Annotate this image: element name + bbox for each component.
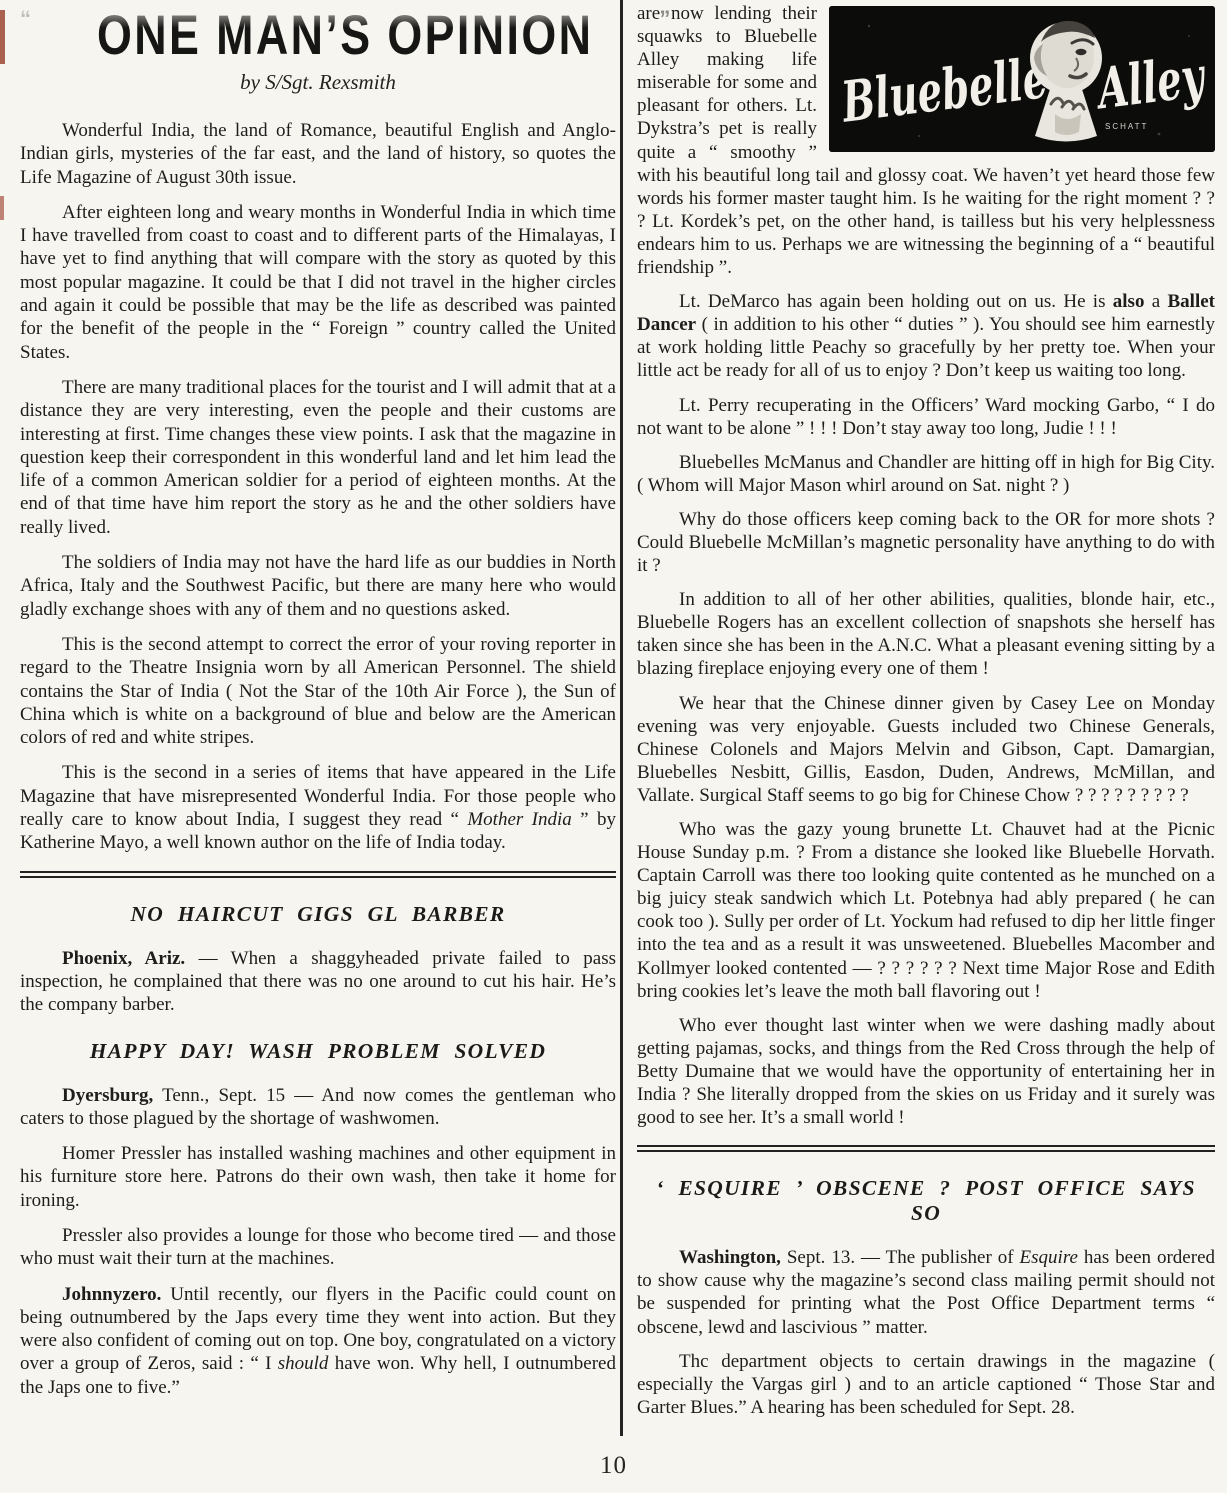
- headline-title: ONE MAN’S OPINION: [97, 6, 593, 64]
- wash-section-body: Dyersburg, Tenn., Sept. 15 — And now com…: [20, 1084, 616, 1400]
- wash-section-heading: HAPPY DAY! WASH PROBLEM SOLVED: [20, 1039, 616, 1064]
- column-paragraph: Bluebelles McManus and Chandler are hitt…: [637, 451, 1215, 497]
- article-paragraph: This is the second attempt to correct th…: [20, 633, 616, 749]
- barber-section-heading: NO HAIRCUT GIGS GL BARBER: [20, 902, 616, 927]
- news-paragraph: Homer Pressler has installed washing mac…: [20, 1142, 616, 1212]
- article-byline: by S/Sgt. Rexsmith: [20, 70, 616, 95]
- bluebelle-banner: Bluebelle Alley: [829, 6, 1215, 152]
- bluebelle-banner-art: Bluebelle Alley: [829, 6, 1215, 152]
- article-paragraph: Wonderful India, the land of Romance, be…: [20, 119, 616, 189]
- article-paragraph: This is the second in a series of items …: [20, 761, 616, 854]
- news-paragraph: Phoenix, Ariz. — When a shaggyheaded pri…: [20, 947, 616, 1017]
- headline-open-quote: “: [20, 6, 31, 31]
- page-number: 10: [0, 1452, 1227, 1480]
- right-column: Bluebelle Alley: [637, 2, 1215, 1430]
- article-paragraph: There are many traditional places for th…: [20, 376, 616, 539]
- bluebelle-column-body: are now lending their squawks to Bluebel…: [637, 2, 1215, 1129]
- page: “ ONE MAN’S OPINION ” by S/Sgt. Rexsmith…: [0, 0, 1227, 1493]
- column-paragraph: Who ever thought last winter when we wer…: [637, 1014, 1215, 1129]
- section-divider-rule: [637, 1145, 1215, 1152]
- esquire-section-heading: ‘ ESQUIRE ’ OBSCENE ? POST OFFICE SAYS S…: [637, 1176, 1215, 1226]
- esquire-section-body: Washington, Sept. 13. — The publisher of…: [637, 1246, 1215, 1419]
- column-paragraph: In addition to all of her other abilitie…: [637, 588, 1215, 680]
- article-headline: “ ONE MAN’S OPINION ”: [20, 6, 616, 64]
- left-column: “ ONE MAN’S OPINION ” by S/Sgt. Rexsmith…: [20, 6, 616, 1411]
- news-paragraph: Washington, Sept. 13. — The publisher of…: [637, 1246, 1215, 1338]
- column-paragraph: Lt. DeMarco has again been holding out o…: [637, 290, 1215, 382]
- barber-section-body: Phoenix, Ariz. — When a shaggyheaded pri…: [20, 947, 616, 1017]
- news-paragraph: Johnnyzero. Until recently, our flyers i…: [20, 1283, 616, 1399]
- column-paragraph: Why do those officers keep coming back t…: [637, 508, 1215, 577]
- scan-mark: [0, 196, 4, 220]
- column-paragraph: Lt. Perry recuperating in the Officers’ …: [637, 394, 1215, 440]
- article-paragraph: After eighteen long and weary months in …: [20, 201, 616, 364]
- news-paragraph: Pressler also provides a lounge for thos…: [20, 1224, 616, 1271]
- opinion-article-body: Wonderful India, the land of Romance, be…: [20, 119, 616, 855]
- scan-mark: [0, 10, 5, 64]
- banner-word-alley: Alley: [1091, 44, 1210, 123]
- article-paragraph: The soldiers of India may not have the h…: [20, 551, 616, 621]
- news-paragraph: Dyersburg, Tenn., Sept. 15 — And now com…: [20, 1084, 616, 1131]
- column-paragraph: Who was the gazy young brunette Lt. Chau…: [637, 818, 1215, 1003]
- section-divider-rule: [20, 871, 616, 878]
- keyhole-girl-illustration: [1030, 21, 1102, 142]
- banner-signature: SCHATT: [1105, 122, 1148, 131]
- column-divider-rule: [620, 0, 623, 1436]
- column-paragraph: We hear that the Chinese dinner given by…: [637, 692, 1215, 807]
- news-paragraph: Thc department objects to certain drawin…: [637, 1350, 1215, 1419]
